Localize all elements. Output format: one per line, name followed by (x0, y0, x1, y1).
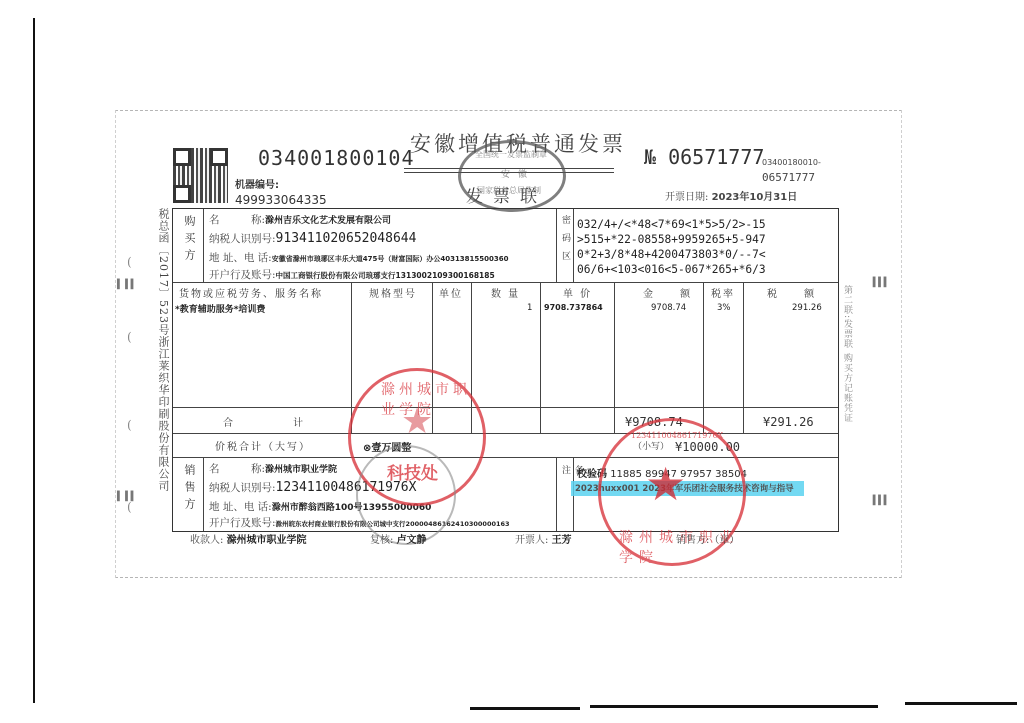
buyer-tax-id-label: 纳税人识别号: (209, 233, 276, 245)
seal-text: 国家税务总局监制 (477, 185, 541, 196)
perforation-mark: ▐▐▐ (870, 496, 886, 506)
col-divider (573, 209, 574, 282)
payee: 滁州城市职业学院 (227, 535, 307, 546)
scan-border-line (905, 702, 1017, 705)
buyer-name-label: 名 称: (209, 214, 265, 226)
header-item-name: 货物或应税劳务、服务名称 (179, 285, 323, 300)
invoice-code: 034001800104 (258, 146, 415, 170)
seal-text: 安徽 (501, 167, 535, 180)
binding-mark: ( (127, 255, 132, 269)
col-divider (203, 457, 204, 531)
reviewer: 卢文静 (397, 535, 427, 546)
date-label: 开票日期: (665, 192, 708, 203)
row-divider (173, 407, 838, 408)
cipher-line: 06/6+<103<016<5-067*265+*6/3 (577, 262, 766, 277)
reviewer-row: 复核: 卢文静 (370, 531, 427, 546)
col-divider (351, 282, 352, 433)
scan-border-line (470, 707, 580, 710)
seller-bank-row: 开户行及账号:滁州皖东农村商业银行股份有限公司城中支行2000048616241… (209, 515, 510, 530)
cipher-line: 0*2+3/8*48+4200473803*0/--7< (577, 247, 766, 262)
seller-seal-label: 销售方:（章） (676, 531, 739, 546)
total-tax: ¥291.26 (763, 415, 814, 429)
seller-name: 滁州城市职业学院 (265, 465, 337, 475)
header-amount: 金 额 (643, 285, 702, 300)
binding-mark: ( (127, 330, 132, 344)
perforation-mark: ▌▐▐ (117, 280, 133, 290)
scan-border-line (33, 18, 35, 703)
cipher-line: 032/4+/<*48<7*69<1*5>5/2>-15 (577, 217, 766, 232)
date-value: 2023年10月31日 (712, 192, 798, 203)
header-unit-price: 单 价 (563, 285, 592, 300)
row-divider (173, 282, 838, 283)
buyer-address-row: 地 址、电 话:安徽省滁州市琅琊区丰乐大道475号（财富国际）办公4031381… (209, 250, 509, 265)
seller-section-label: 销售方 (181, 464, 197, 515)
buyer-section-label: 购买方 (181, 215, 197, 266)
drawer: 王芳 (552, 535, 572, 546)
buyer-bank-row: 开户行及账号:中国工商银行股份有限公司琅琊支行13130021093001681… (209, 267, 495, 282)
item-tax-rate: 3% (717, 303, 731, 313)
machine-no-label: 机器编号: (235, 176, 279, 191)
item-name: *教育辅助服务*培训费 (175, 302, 265, 315)
seller-tax-id-label: 纳税人识别号: (209, 482, 276, 494)
buyer-address-label: 地 址、电 话: (209, 252, 272, 264)
col-divider (203, 209, 204, 282)
col-divider (540, 282, 541, 433)
item-unit-price: 9708.737864 (544, 303, 603, 312)
item-tax: 291.26 (792, 303, 822, 313)
buyer-name-row: 名 称:滁州吉乐文化艺术发展有限公司 (209, 212, 391, 227)
col-divider (703, 282, 704, 433)
number-value: 06571777 (668, 145, 764, 169)
payee-row: 收款人: 滁州城市职业学院 (190, 531, 307, 546)
invoice-number-small: 06571777 (762, 171, 815, 184)
col-divider (614, 282, 615, 433)
header-tax-rate: 税率 (711, 285, 735, 300)
reviewer-label: 复核: (370, 535, 393, 546)
total-label: 合 计 (223, 414, 307, 429)
col-divider (743, 282, 744, 433)
cipher-area: 032/4+/<*48<7*69<1*5>5/2>-15 >515+*22-08… (577, 217, 766, 277)
seller-address-label: 地 址、电 话: (209, 501, 272, 513)
row-divider (173, 433, 838, 434)
header-tax: 税 额 (767, 285, 826, 300)
header-qty: 数 量 (491, 285, 520, 300)
invoice-code-small: 03400180010- (762, 158, 821, 167)
cipher-section-label: 密码区 (559, 215, 572, 269)
drawer-label: 开票人: (515, 535, 548, 546)
binding-mark: ( (127, 418, 132, 432)
seller-bank-label: 开户行及账号: (209, 517, 276, 529)
header-unit: 单位 (439, 285, 463, 300)
grand-total-label: 价税合计（大写） (215, 438, 311, 453)
seal-text: 12341100486171976X (631, 431, 723, 440)
payee-label: 收款人: (190, 535, 223, 546)
cipher-line: >515+*22-08558+9959265+5-947 (577, 232, 766, 247)
seal-text: 全国统一发票监制章 (475, 149, 547, 160)
printer-note: 税总函〔2017〕523号浙江莱织华印刷股份有限公司 (153, 208, 171, 492)
qr-code (173, 148, 228, 203)
machine-no: 499933064335 (235, 193, 327, 207)
buyer-bank-label: 开户行及账号: (209, 269, 276, 281)
seal-text: 滁州城市职业学院 (381, 379, 483, 419)
seller-name-row: 名 称:滁州城市职业学院 (209, 461, 337, 476)
grey-seal-stamp (356, 445, 456, 545)
buyer-address: 安徽省滁州市琅琊区丰乐大道475号（财富国际）办公403138155003​60 (272, 255, 509, 263)
invoice-number: № 06571777 (644, 145, 764, 169)
item-qty: 1 (527, 303, 532, 313)
header-spec: 规格型号 (369, 285, 417, 300)
buyer-bank: 中国工商银行股份有限公司琅琊支行1313002109300168185 (276, 271, 495, 280)
perforation-mark: ▐▐▐ (870, 278, 886, 288)
item-amount: 9708.74 (651, 303, 686, 313)
col-divider (556, 457, 557, 531)
scan-border-line (590, 705, 878, 708)
drawer-row: 开票人: 王芳 (515, 531, 572, 546)
seller-name-label: 名 称: (209, 463, 265, 475)
binding-mark: ( (127, 500, 132, 514)
number-prefix: № (644, 145, 656, 169)
col-divider (556, 209, 557, 282)
issue-date: 开票日期: 2023年10月31日 (665, 188, 797, 203)
tax-authority-seal: 全国统一发票监制章 安徽 国家税务总局监制 (458, 140, 566, 212)
copy-designation: 第二联:发票联 购买方记账凭证 (840, 285, 854, 423)
row-divider (173, 457, 838, 458)
star-icon: ★ (645, 457, 686, 511)
buyer-tax-id: 913411020652048644 (276, 231, 417, 246)
buyer-name: 滁州吉乐文化艺术发展有限公司 (265, 216, 391, 226)
buyer-tax-id-row: 纳税人识别号:913411020652048644 (209, 231, 416, 246)
